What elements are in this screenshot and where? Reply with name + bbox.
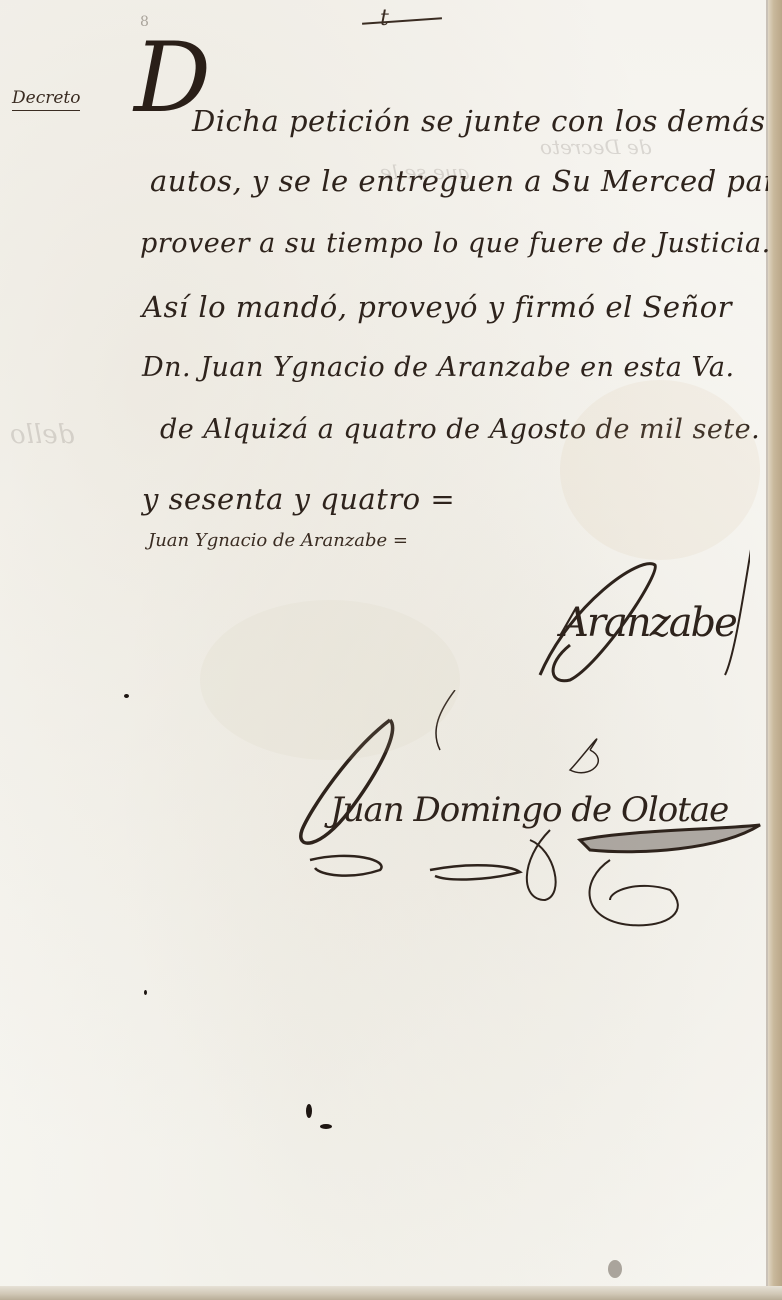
text-line-2: autos, y se le entreguen a Su Merced par… (150, 164, 782, 198)
margin-label-decreto: Decreto (12, 88, 80, 111)
text-line-4: Así lo mandó, proveyó y firmó el Señor (142, 290, 732, 324)
water-stain (560, 380, 760, 560)
page-edge-right (768, 0, 782, 1300)
text-line-5: Dn. Juan Ygnacio de Aranzabe en esta Va. (142, 352, 735, 383)
signature-juan-domingo: Juan Domingo de Olotae (330, 790, 728, 830)
folio-mark: t (380, 6, 389, 31)
signature-aranzabe: Aranzabe (560, 600, 736, 646)
text-line-1: Dicha petición se junte con los demás (192, 104, 765, 138)
foxing-spot (608, 1260, 622, 1278)
bleed-through-text: dello (10, 420, 74, 450)
ink-blot (306, 1104, 312, 1118)
bleed-through-text: de Decreto (540, 135, 652, 159)
page-edge-bottom (0, 1286, 782, 1300)
water-stain (200, 600, 460, 760)
manuscript-page: 8 t de Decreto que se le dello Decreto D… (0, 0, 770, 1290)
subscription-name: Juan Ygnacio de Aranzabe = (148, 530, 408, 551)
ink-dot (144, 990, 147, 995)
ink-blot (320, 1124, 332, 1129)
ink-dot (124, 694, 129, 698)
text-line-3: proveer a su tiempo lo que fuere de Just… (140, 228, 771, 259)
text-line-7: y sesenta y quatro = (142, 482, 455, 516)
